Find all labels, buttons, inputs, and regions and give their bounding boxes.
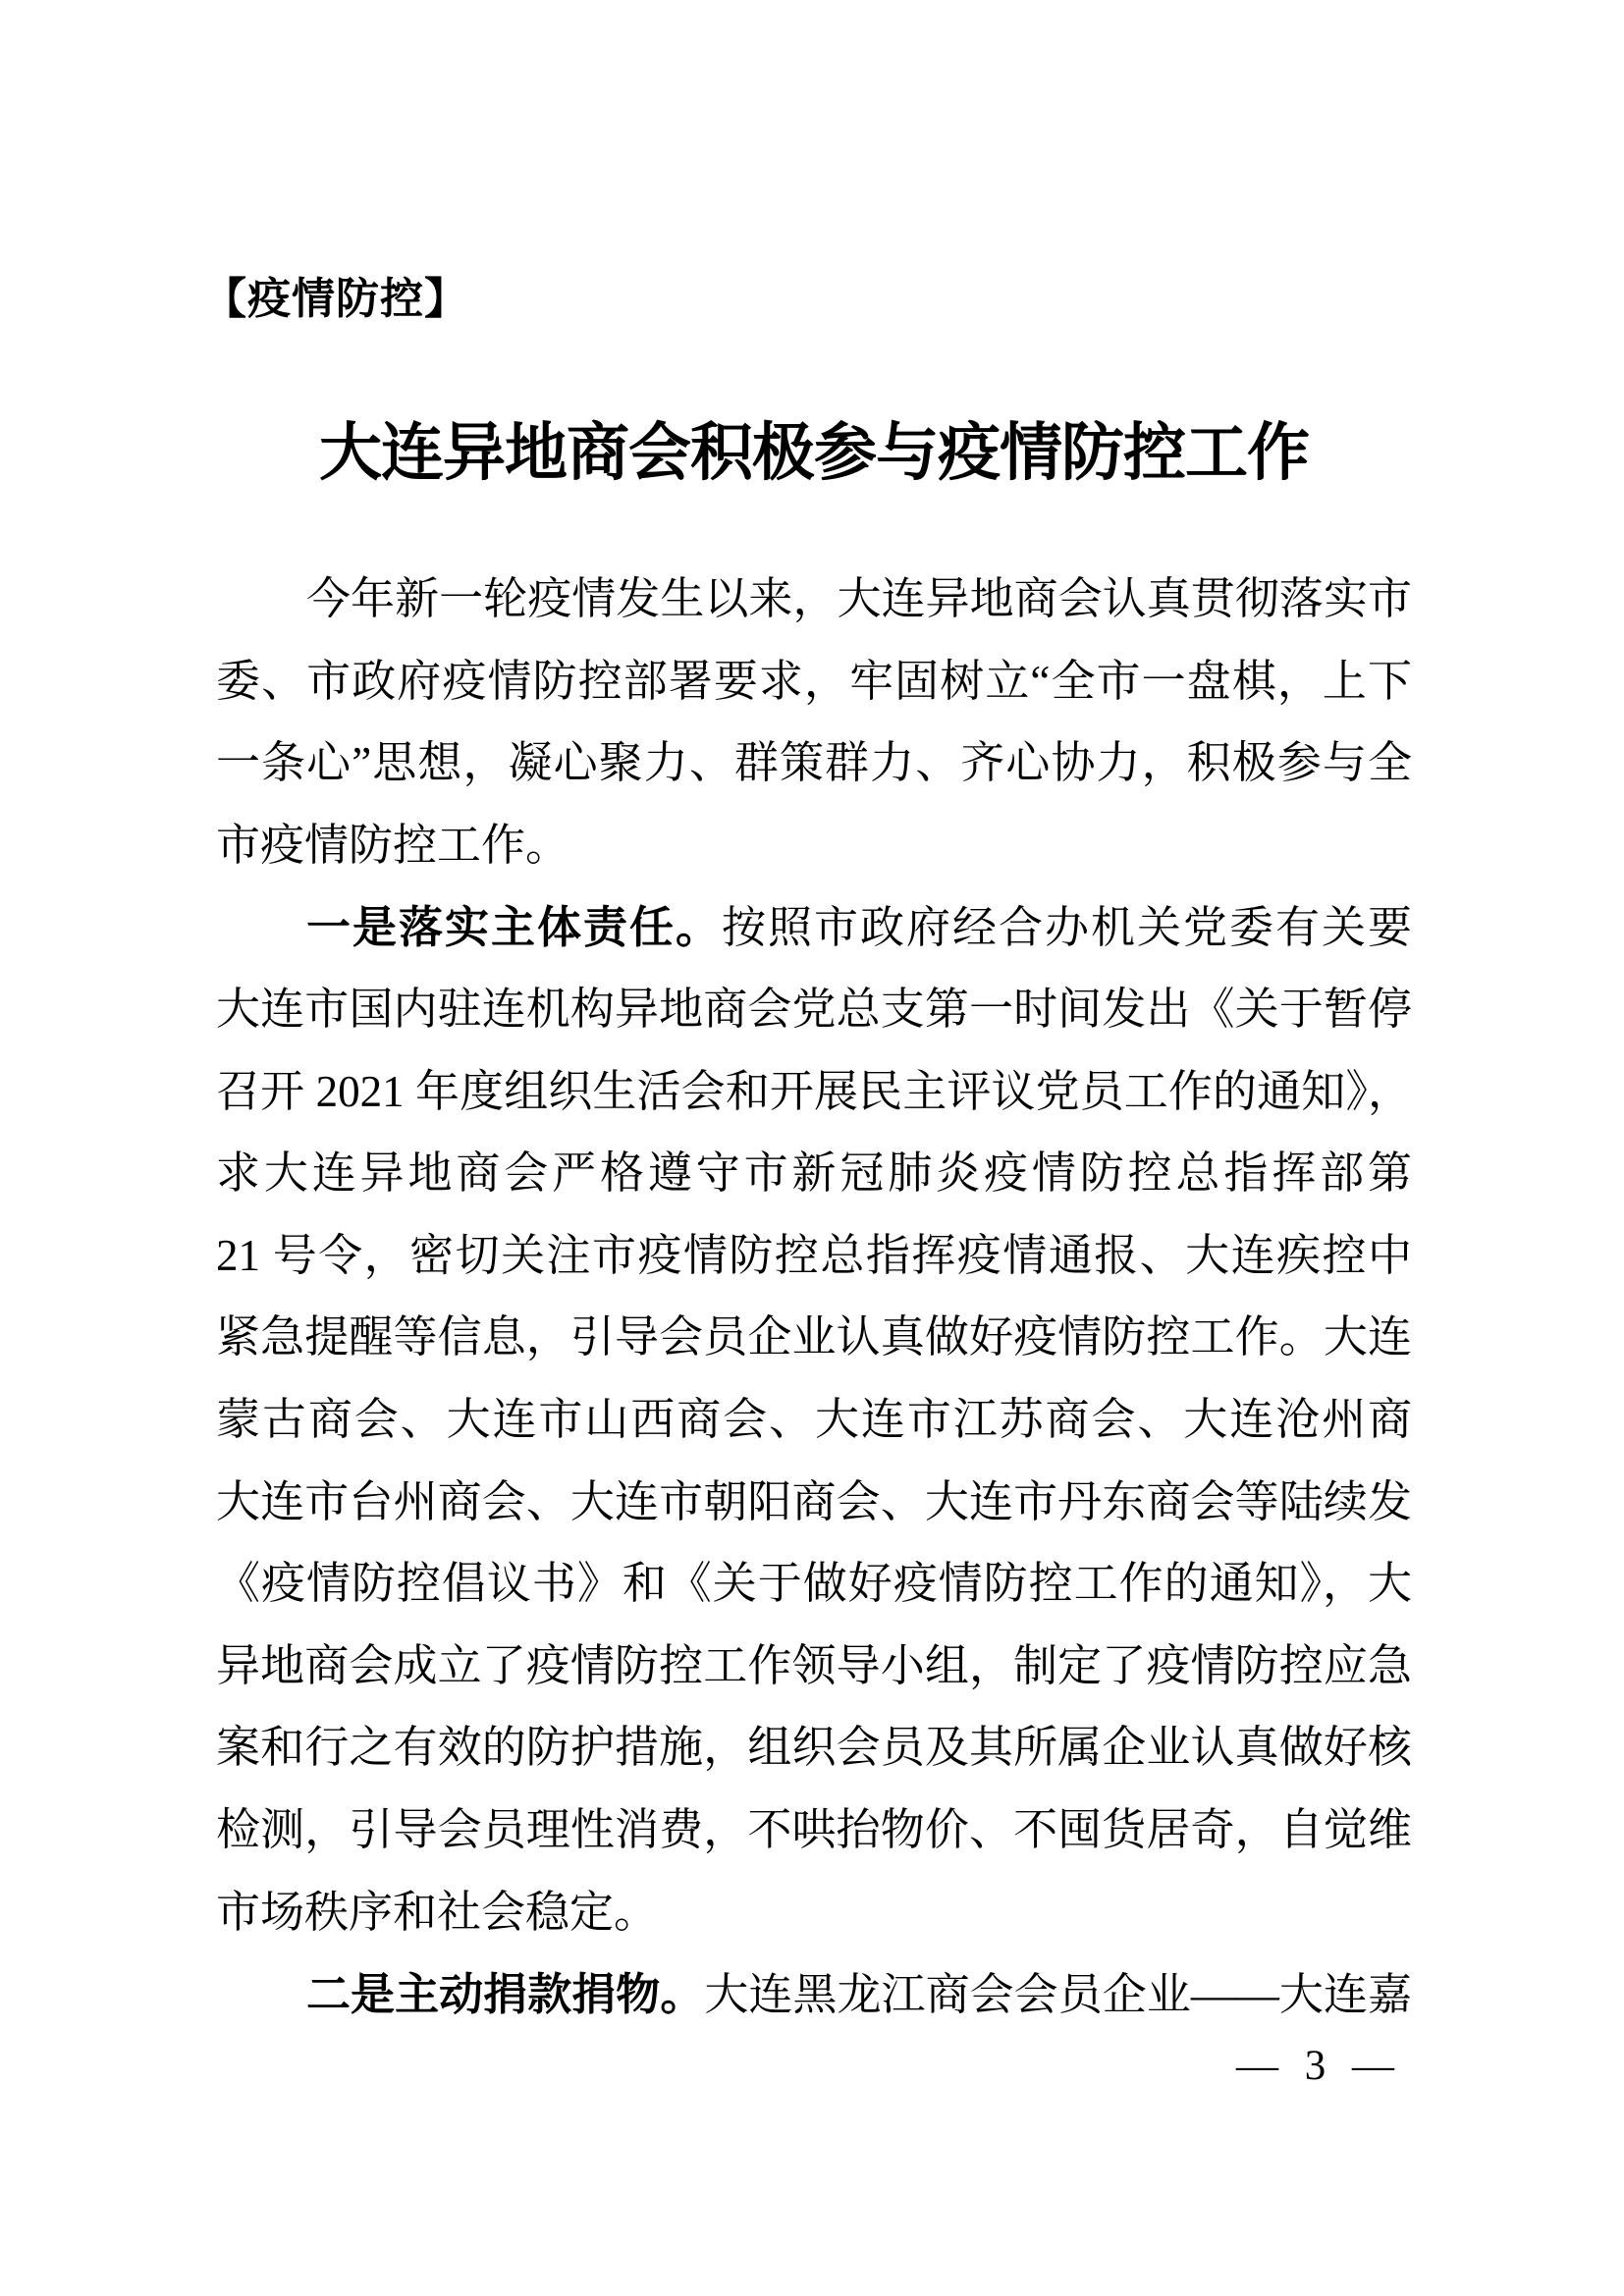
body-line: 今年新一轮疫情发生以来，大连异地商会认真贯彻落实市 <box>216 559 1412 641</box>
body-line: 大连市国内驻连机构异地商会党总支第一时间发出《关于暂停 <box>216 969 1412 1051</box>
body-line: 求大连异地商会严格遵守市新冠肺炎疫情防控总指挥部第 20、 <box>216 1133 1412 1215</box>
body-line: 异地商会成立了疫情防控工作领导小组，制定了疫情防控应急预 <box>216 1626 1412 1708</box>
body-line: 召开 2021 年度组织生活会和开展民主评议党员工作的通知》，要 <box>216 1051 1412 1134</box>
text-segment: 一条心”思想，凝心聚力、群策群力、齐心协力，积极参与全 <box>216 738 1412 787</box>
text-segment: 异地商会成立了疫情防控工作领导小组，制定了疫情防控应急预 <box>216 1641 1412 1708</box>
body-line: 委、市政府疫情防控部署要求，牢固树立“全市一盘棋，上下 <box>216 641 1412 723</box>
body-line: 《疫情防控倡议书》和《关于做好疫情防控工作的通知》，大连 <box>216 1543 1412 1626</box>
body-line: 一是落实主体责任。按照市政府经合办机关党委有关要求， <box>216 886 1412 969</box>
text-segment: 案和行之有效的防护措施，组织会员及其所属企业认真做好核酸 <box>216 1723 1412 1789</box>
text-segment: 市疫情防控工作。 <box>216 821 569 870</box>
body-line: 案和行之有效的防护措施，组织会员及其所属企业认真做好核酸 <box>216 1707 1412 1789</box>
text-segment: 今年新一轮疫情发生以来，大连异地商会认真贯彻落实市 <box>306 574 1412 623</box>
text-segment: 求大连异地商会严格遵守市新冠肺炎疫情防控总指挥部第 20、 <box>216 1148 1412 1215</box>
body-text: 今年新一轮疫情发生以来，大连异地商会认真贯彻落实市委、市政府疫情防控部署要求，牢… <box>216 559 1412 2036</box>
page-footer: — 3 — <box>216 2042 1412 2091</box>
text-segment: 大连市国内驻连机构异地商会党总支第一时间发出《关于暂停 <box>216 985 1412 1034</box>
text-segment: 蒙古商会、大连市山西商会、大连市江苏商会、大连沧州商会、 <box>216 1395 1412 1462</box>
section-tag: 【疫情防控】 <box>203 273 468 326</box>
body-line: 二是主动捐款捐物。大连黑龙江商会会员企业——大连嘉运 <box>216 1953 1412 2036</box>
text-segment: 大连市台州商会、大连市朝阳商会、大连市丹东商会等陆续发出 <box>216 1477 1412 1544</box>
text-segment: 21 号令，密切关注市疫情防控总指挥疫情通报、大连疾控中心 <box>216 1231 1412 1298</box>
body-line: 蒙古商会、大连市山西商会、大连市江苏商会、大连沧州商会、 <box>216 1379 1412 1462</box>
body-line: 市场秩序和社会稳定。 <box>216 1872 1412 1954</box>
text-segment: 委、市政府疫情防控部署要求，牢固树立“全市一盘棋，上下 <box>216 657 1412 706</box>
body-line: 检测，引导会员理性消费，不哄抬物价、不囤货居奇，自觉维护 <box>216 1789 1412 1872</box>
text-segment: 《疫情防控倡议书》和《关于做好疫情防控工作的通知》，大连 <box>216 1559 1412 1626</box>
body-line: 紧急提醒等信息，引导会员企业认真做好疫情防控工作。大连内 <box>216 1297 1412 1379</box>
text-segment: 市场秩序和社会稳定。 <box>216 1888 658 1937</box>
text-segment: 召开 2021 年度组织生活会和开展民主评议党员工作的通知》，要 <box>216 1067 1412 1134</box>
bold-lead-text: 二是主动捐款捐物。 <box>306 1968 704 2020</box>
body-line: 21 号令，密切关注市疫情防控总指挥疫情通报、大连疾控中心 <box>216 1215 1412 1298</box>
bold-lead-text: 一是落实主体责任。 <box>306 901 722 953</box>
document-page: 【疫情防控】 大连异地商会积极参与疫情防控工作 今年新一轮疫情发生以来，大连异地… <box>0 0 1624 2296</box>
page-number: — 3 — <box>1236 2042 1394 2091</box>
body-line: 大连市台州商会、大连市朝阳商会、大连市丹东商会等陆续发出 <box>216 1462 1412 1544</box>
page-title: 大连异地商会积极参与疫情防控工作 <box>216 410 1412 497</box>
body-line: 一条心”思想，凝心聚力、群策群力、齐心协力，积极参与全 <box>216 722 1412 805</box>
text-segment: 检测，引导会员理性消费，不哄抬物价、不囤货居奇，自觉维护 <box>216 1805 1412 1872</box>
text-segment: 紧急提醒等信息，引导会员企业认真做好疫情防控工作。大连内 <box>216 1312 1412 1379</box>
body-line: 市疫情防控工作。 <box>216 805 1412 887</box>
